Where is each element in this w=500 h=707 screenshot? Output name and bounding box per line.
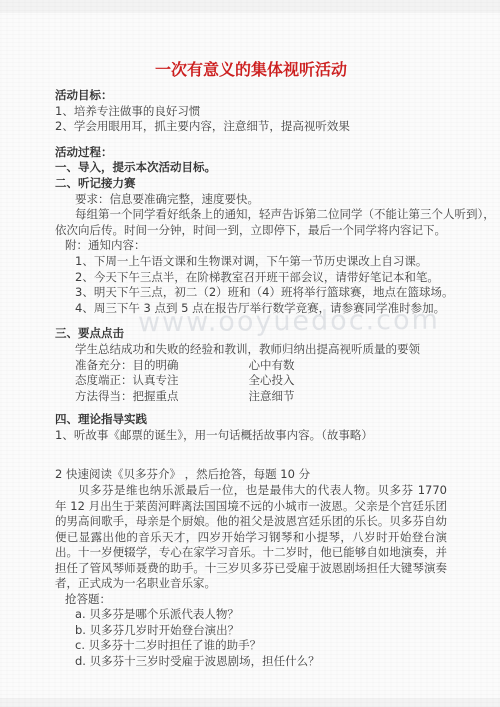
key-point-col1: 目的明确: [133, 358, 249, 374]
key-point-col1: 把握重点: [133, 389, 249, 405]
practice-item-2: 2 快速阅读《贝多芬介》 ，然后抢答，每题 10 分: [55, 467, 447, 483]
key-point-label: 态度端正：: [75, 373, 133, 389]
document-page: www.ooyuedoc.com 一次有意义的集体视听活动 活动目标： 1、培养…: [0, 0, 500, 707]
key-point-label: 方法得当：: [75, 389, 133, 405]
key-point-row: 态度端正：认真专注全心投入: [55, 373, 447, 389]
notice-item: 3、明天下午三点，初二（2）班和（4）班将举行篮球赛，地点在篮球场。: [55, 285, 447, 301]
quiz-item: c. 贝多芬十二岁时担任了谁的助手？: [55, 638, 447, 654]
process-heading: 活动过程：: [55, 145, 447, 161]
notice-item: 4、周三下午 3 点到 5 点在报告厅举行数学竞赛，请参赛同学准时参加。: [55, 301, 447, 317]
page-bottom-band: [0, 698, 500, 707]
beethoven-bio-paragraph: 贝多芬是维也纳乐派最后一位，也是最伟大的代表人物。贝多芬 1770 年 12 月…: [55, 483, 447, 592]
goals-heading: 活动目标：: [55, 88, 447, 104]
relay-line: 每组第一个同学看好纸条上的通知，轻声告诉第二位同学（不能让第三个人听到），: [55, 207, 447, 223]
process-step-1: 一、导入，提示本次活动目标。: [55, 160, 447, 176]
notice-item: 1、下周一上午语文课和生物课对调，下午第一节历史课改上自习课。: [55, 254, 447, 270]
goal-item: 2、学会用眼用耳，抓主要内容，注意细节，提高视听效果: [55, 119, 447, 135]
quiz-item: a. 贝多芬是哪个乐派代表人物？: [55, 607, 447, 623]
notice-label: 附：通知内容：: [55, 238, 447, 254]
notice-item: 2、今天下午三点半，在阶梯教室召开班干部会议，请带好笔记本和笔。: [55, 270, 447, 286]
key-point-row: 方法得当：把握重点注意细节: [55, 389, 447, 405]
key-point-row: 准备充分：目的明确心中有数: [55, 358, 447, 374]
relay-line: 依次向后传。时间一分钟，时间一到，立即停下，最后一个同学将内容记下。: [55, 223, 447, 239]
key-point-col2: 注意细节: [249, 389, 295, 403]
key-point-col2: 全心投入: [249, 373, 295, 387]
quiz-item: b. 贝多芬几岁时开始登台演出？: [55, 623, 447, 639]
quiz-item: d. 贝多芬十三岁时受雇于波恩剧场，担任什么？: [55, 654, 447, 670]
key-point-col1: 认真专注: [133, 373, 249, 389]
summary-line: 学生总结成功和失败的经验和教训，教师归纳出提高视听质量的要领: [55, 342, 447, 358]
key-point-label: 准备充分：: [75, 358, 133, 374]
quiz-label: 抢答题：: [55, 592, 447, 608]
key-point-col2: 心中有数: [249, 358, 295, 372]
goal-item: 1、培养专注做事的良好习惯: [55, 104, 447, 120]
process-step-2: 二、听记接力赛: [55, 176, 447, 192]
process-step-3: 三、要点点击: [55, 326, 447, 342]
page-title: 一次有意义的集体视听活动: [55, 60, 447, 80]
requirement-line: 要求：信息要准确完整，速度要快。: [55, 192, 447, 208]
document-content: 一次有意义的集体视听活动 活动目标： 1、培养专注做事的良好习惯 2、学会用眼用…: [55, 60, 447, 670]
page-top-band: [0, 0, 500, 13]
practice-item-1: 1、听故事《邮票的诞生》，用一句话概括故事内容。（故事略）: [55, 428, 447, 444]
process-step-4: 四、理论指导实践: [55, 412, 447, 428]
